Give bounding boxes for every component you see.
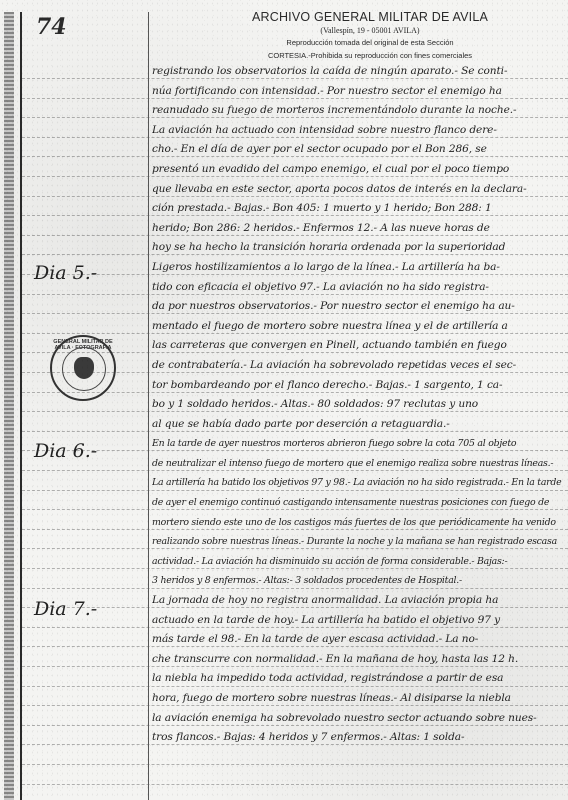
text-line: actividad.- La aviación ha disminuido su…	[152, 552, 564, 572]
margin-rule	[148, 12, 149, 800]
text-line: La artillería ha batido los objetivos 97…	[152, 473, 564, 493]
text-line: cho.- En el día de ayer por el sector oc…	[152, 140, 564, 160]
text-line: da por nuestros observatorios.- Por nues…	[152, 297, 564, 317]
coat-of-arms-icon	[74, 357, 94, 379]
text-line: tor bombardeando por el flanco derecho.-…	[152, 376, 564, 396]
text-line: la aviación enemiga ha sobrevolado nuest…	[152, 709, 564, 729]
text-line: Ligeros hostilizamientos a lo largo de l…	[152, 258, 564, 278]
archive-title: ARCHIVO GENERAL MILITAR DE AVILA	[210, 10, 530, 24]
text-line: de ayer el enemigo continuó castigando i…	[152, 493, 564, 513]
text-line: reanudado su fuego de morteros increment…	[152, 101, 564, 121]
text-line: che transcurre con normalidad.- En la ma…	[152, 650, 564, 670]
binding-edge	[4, 12, 14, 800]
text-line: hoy se ha hecho la transición horaria or…	[152, 238, 564, 258]
text-line: de contrabatería.- La aviación ha sobrev…	[152, 356, 564, 376]
text-line: registrando los observatorios la caída d…	[152, 62, 564, 82]
day-label-7: Dia 7.-	[34, 598, 97, 620]
archive-stamp-icon: GENERAL MILITAR DE AVILA · FOTOGRAFIA	[50, 335, 116, 401]
text-line: mentado el fuego de mortero sobre nuestr…	[152, 317, 564, 337]
reproduction-notice: Reproducción tomada del original de esta…	[210, 38, 530, 47]
text-line: ción prestada.- Bajas.- Bon 405: 1 muert…	[152, 199, 564, 219]
text-line: núa fortificando con intensidad.- Por nu…	[152, 82, 564, 102]
left-border-rule	[20, 12, 22, 800]
day-label-6: Dia 6.-	[34, 440, 97, 462]
text-line: las carreteras que convergen en Pinell, …	[152, 336, 564, 356]
text-line: La jornada de hoy no registra anormalida…	[152, 591, 564, 611]
ruled-line	[22, 764, 568, 765]
text-line: actuado en la tarde de hoy.- La artiller…	[152, 611, 564, 631]
courtesy-notice: CORTESIA.-Prohibida su reproducción con …	[210, 51, 530, 60]
text-line: 3 heridos y 8 enfermos.- Altas:- 3 solda…	[152, 571, 564, 591]
text-line: La aviación ha actuado con intensidad so…	[152, 121, 564, 141]
text-line: la niebla ha impedido toda actividad, re…	[152, 669, 564, 689]
ruled-line	[22, 784, 568, 785]
text-line: tros flancos.- Bajas: 4 heridos y 7 enfe…	[152, 728, 564, 748]
page-number: 74	[36, 14, 67, 40]
text-line: más tarde el 98.- En la tarde de ayer es…	[152, 630, 564, 650]
text-line: herido; Bon 286: 2 heridos.- Enfermos 12…	[152, 219, 564, 239]
document-page: 74 ARCHIVO GENERAL MILITAR DE AVILA (Val…	[0, 0, 568, 800]
text-line: En la tarde de ayer nuestros morteros ab…	[152, 434, 564, 454]
text-line: realizando sobre nuestras líneas.- Duran…	[152, 532, 564, 552]
text-line: mortero siendo este uno de los castigos …	[152, 513, 564, 533]
archive-header: ARCHIVO GENERAL MILITAR DE AVILA (Valles…	[210, 10, 530, 60]
text-line: al que se había dado parte por deserción…	[152, 415, 564, 435]
text-line: tido con eficacia el objetivo 97.- La av…	[152, 278, 564, 298]
text-line: presentó un evadido del campo enemigo, e…	[152, 160, 564, 180]
day-label-5: Dia 5.-	[34, 262, 97, 284]
text-line: hora, fuego de mortero sobre nuestras lí…	[152, 689, 564, 709]
text-line: que llevaba en este sector, aporta pocos…	[152, 180, 564, 200]
text-line: bo y 1 soldado heridos.- Altas.- 80 sold…	[152, 395, 564, 415]
archive-address: (Vallespín, 19 - 05001 AVILA)	[210, 26, 530, 35]
text-line: de neutralizar el intenso fuego de morte…	[152, 454, 564, 474]
handwritten-body: registrando los observatorios la caída d…	[152, 62, 564, 748]
